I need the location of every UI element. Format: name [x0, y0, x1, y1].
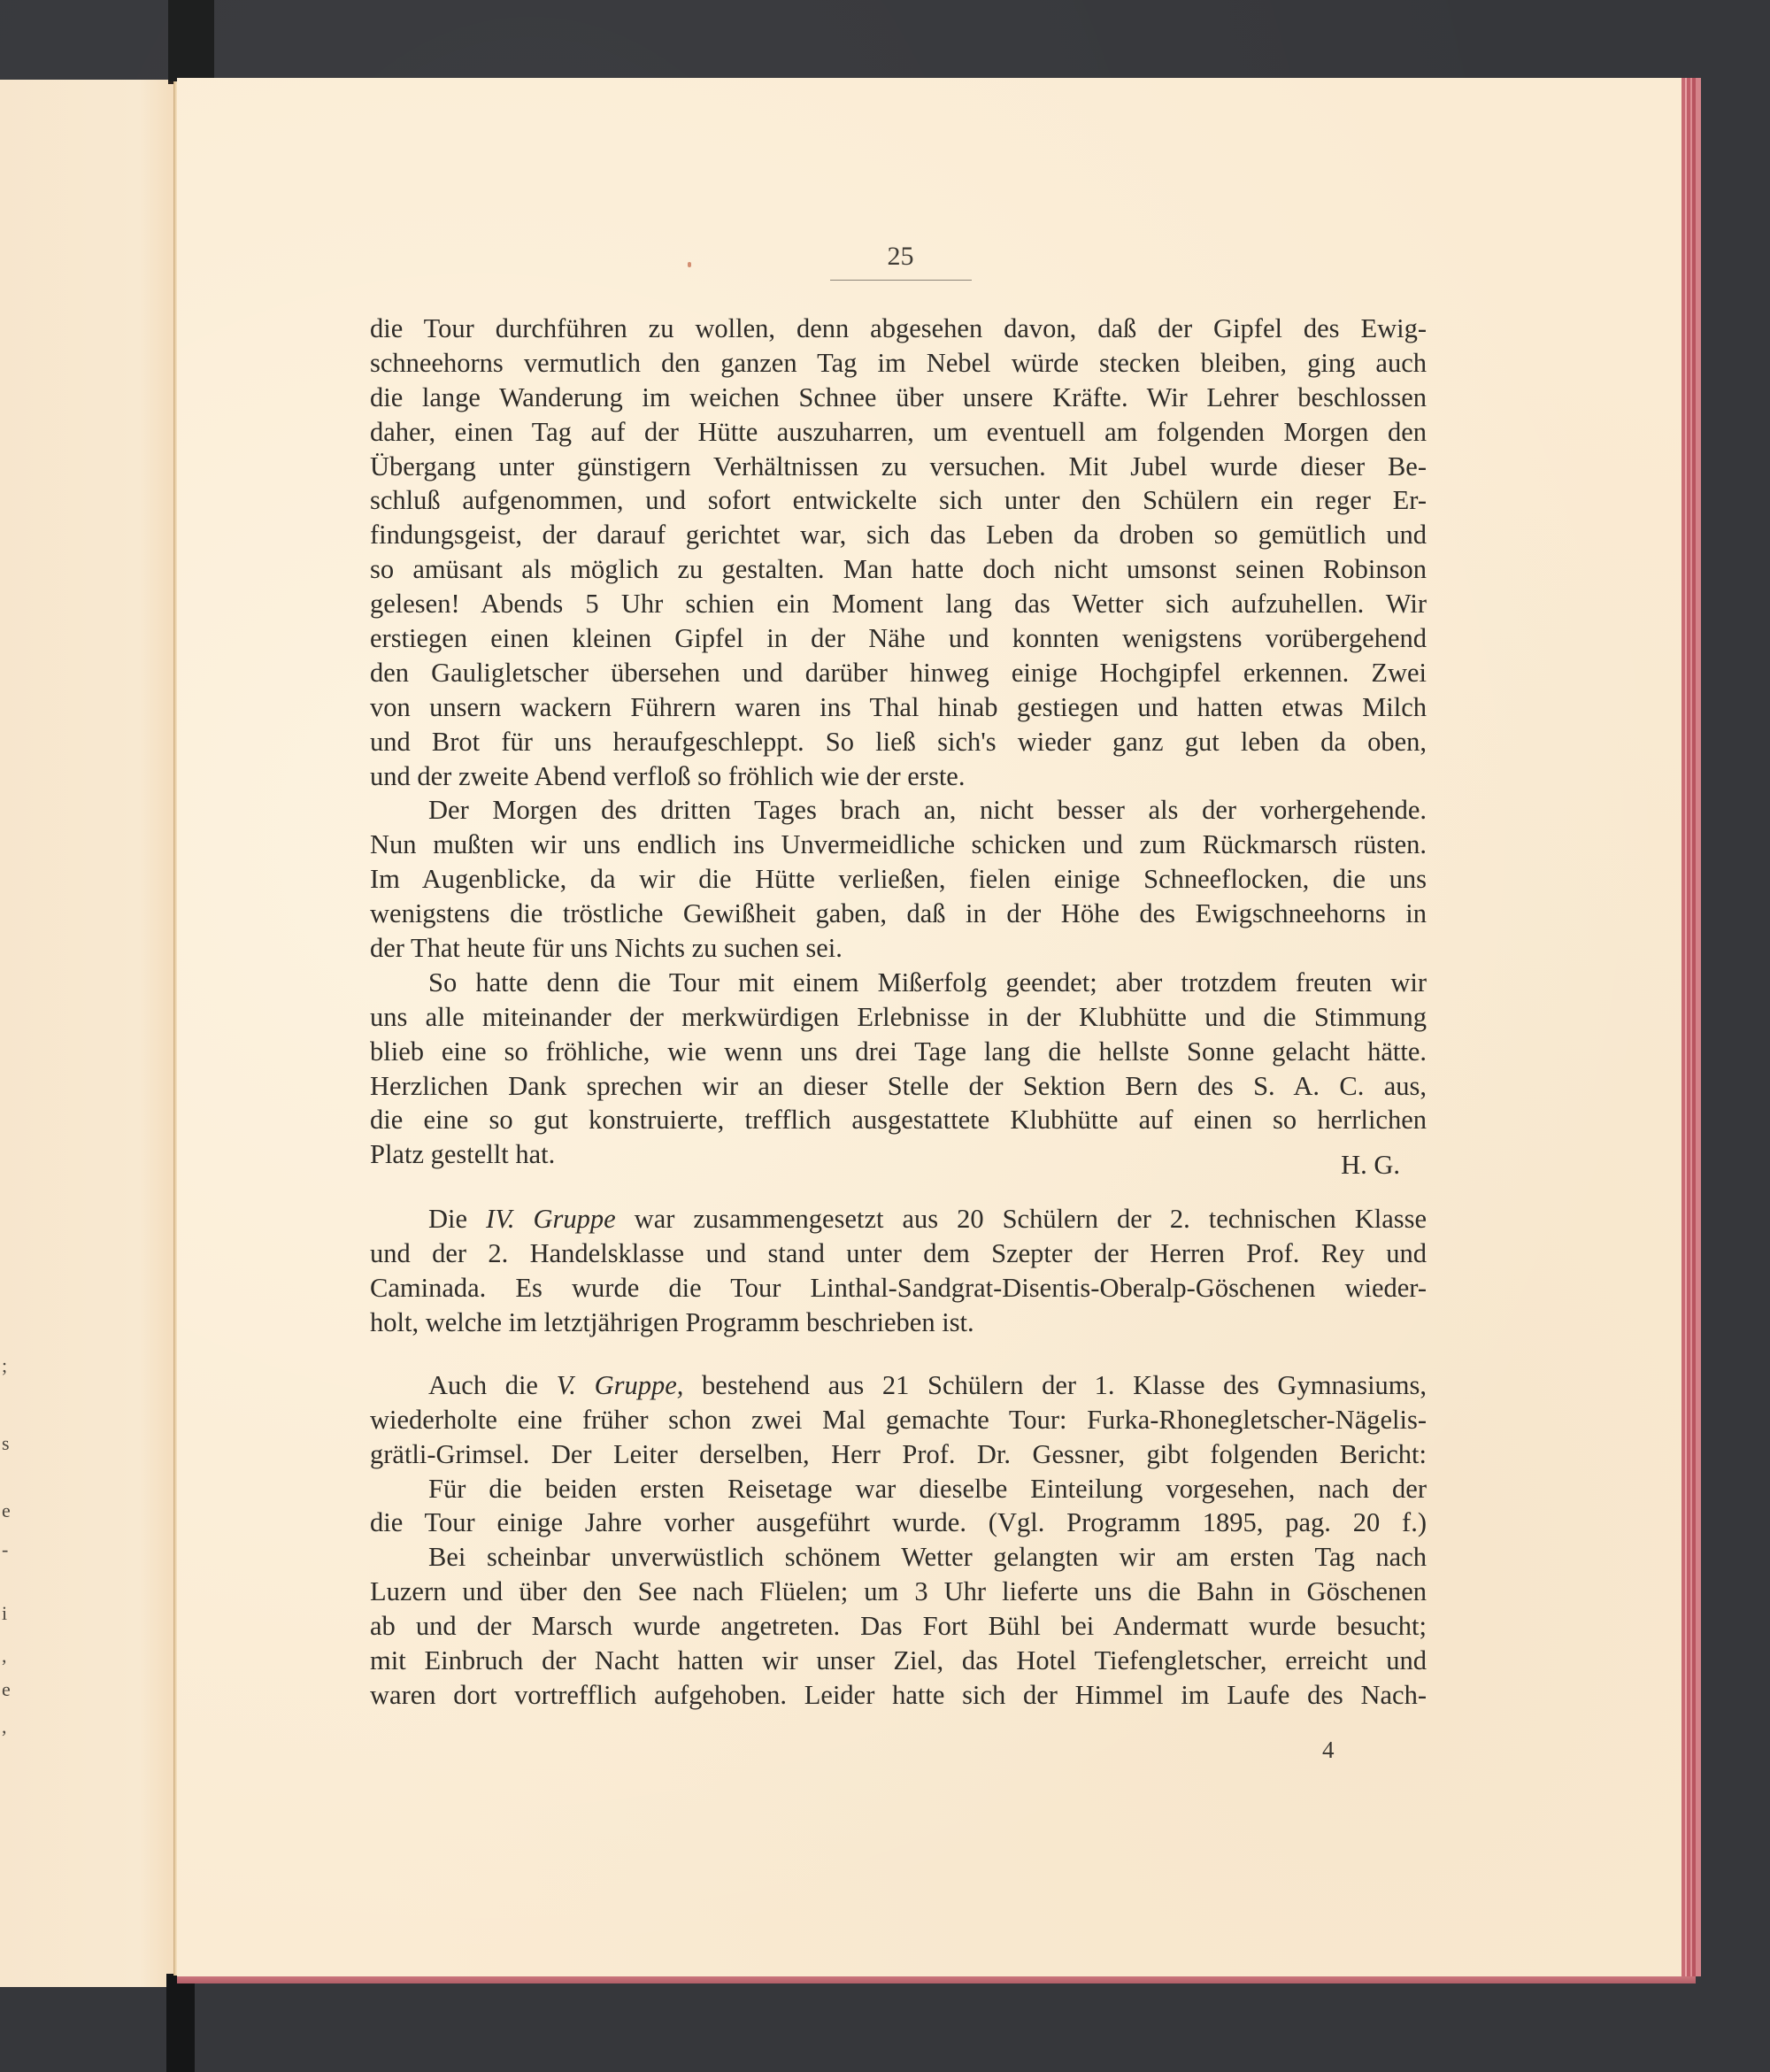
section-gap [370, 1340, 1427, 1368]
text-line: die eine so gut konstruierte, trefflich … [370, 1103, 1427, 1137]
paragraph-2: Der Morgen des dritten Tages brach an, n… [370, 793, 1427, 965]
page-edge-red [1681, 78, 1701, 1976]
text-line: Der Morgen des dritten Tages brach an, n… [370, 793, 1427, 828]
signature-line: Platz gestellt hat. H. G. [370, 1137, 1427, 1172]
text-line: grätli-Grimsel. Der Leiter derselben, He… [370, 1437, 1427, 1472]
text-line: Auch die V. Gruppe, bestehend aus 21 Sch… [370, 1368, 1427, 1403]
line-rest: bestehend aus 21 Schülern der 1. Klasse … [702, 1370, 1427, 1400]
text-line: gelesen! Abends 5 Uhr schien ein Moment … [370, 587, 1427, 621]
bleed-char: , [2, 1646, 12, 1666]
bookmark-ribbon-bottom [166, 1974, 195, 2072]
text-line: den Gauligletscher übersehen und darüber… [370, 656, 1427, 690]
text-line: uns alle miteinander der merkwürdigen Er… [370, 1000, 1427, 1035]
text-line: erstiegen einen kleinen Gipfel in der Nä… [370, 621, 1427, 656]
facing-left-page: ; s e - i , e , [0, 80, 175, 1987]
ink-speck [688, 262, 691, 267]
text-line: Bei scheinbar unverwüstlich schönem Wett… [370, 1540, 1427, 1575]
text-line: und der zweite Abend verfloß so fröhlich… [370, 759, 1427, 794]
bleed-char: i [2, 1604, 12, 1623]
lead-word: Auch die [428, 1370, 538, 1400]
text-line: mit Einbruch der Nacht hatten wir unser … [370, 1644, 1427, 1678]
group-word: Gruppe, [595, 1370, 684, 1400]
text-line: wiederholte eine früher schon zwei Mal g… [370, 1403, 1427, 1437]
bleed-char: e [2, 1680, 12, 1699]
paragraph-6: Für die beiden ersten Reisetage war dies… [370, 1472, 1427, 1541]
group-numeral: IV. [486, 1204, 514, 1234]
bleed-char: s [2, 1434, 12, 1453]
paragraph-1: die Tour durchführen zu wollen, denn abg… [370, 312, 1427, 793]
text-line: und der 2. Handelsklasse und stand unter… [370, 1236, 1427, 1271]
text-line: ab und der Marsch wurde angetreten. Das … [370, 1609, 1427, 1644]
text-line: Luzern und über den See nach Flüelen; um… [370, 1575, 1427, 1609]
group-numeral: V. [557, 1370, 576, 1400]
text-line: daher, einen Tag auf der Hütte auszuharr… [370, 415, 1427, 450]
text-line: blieb eine so fröhliche, wie wenn uns dr… [370, 1035, 1427, 1069]
text-line: wenigstens die tröstliche Gewißheit gabe… [370, 897, 1427, 931]
paragraph-7: Bei scheinbar unverwüstlich schönem Wett… [370, 1540, 1427, 1712]
text-line: Nun mußten wir uns endlich ins Unvermeid… [370, 828, 1427, 862]
text-line: Im Augenblicke, da wir die Hütte verließ… [370, 862, 1427, 897]
spine-gutter [173, 81, 177, 1976]
text-line: die Tour durchführen zu wollen, denn abg… [370, 312, 1427, 346]
lead-word: Die [428, 1204, 467, 1234]
paragraph-4: Die IV. Gruppe war zusammengesetzt aus 2… [370, 1202, 1427, 1340]
text-line: von unsern wackern Führern waren ins Tha… [370, 690, 1427, 725]
paragraph-3: So hatte denn die Tour mit einem Mißerfo… [370, 966, 1427, 1172]
header-rule [830, 280, 972, 281]
text-line: die lange Wanderung im weichen Schnee üb… [370, 381, 1427, 415]
text-line: der That heute für uns Nichts zu suchen … [370, 931, 1427, 966]
page-number: 25 [827, 239, 973, 274]
sheet-signature-number: 4 [1322, 1737, 1335, 1764]
page-edge-bottom [177, 1976, 1696, 1983]
bleed-char: , [2, 1717, 12, 1737]
author-initials: H. G. [1341, 1148, 1427, 1182]
text-line: Caminada. Es wurde die Tour Linthal-Sand… [370, 1271, 1427, 1306]
page-header: 25 [827, 239, 973, 281]
bleed-char: - [2, 1540, 12, 1560]
text-line: waren dort vortrefflich aufgehoben. Leid… [370, 1678, 1427, 1713]
text-line: schneehorns vermutlich den ganzen Tag im… [370, 346, 1427, 381]
text-line: so amüsant als möglich zu gestalten. Man… [370, 552, 1427, 587]
bleed-char: ; [2, 1356, 12, 1375]
text-line: Für die beiden ersten Reisetage war dies… [370, 1472, 1427, 1506]
text-line: und Brot für uns heraufgeschleppt. So li… [370, 725, 1427, 759]
text-line: die Tour einige Jahre vorher ausgeführt … [370, 1506, 1427, 1540]
text-line: Die IV. Gruppe war zusammengesetzt aus 2… [370, 1202, 1427, 1236]
paragraph-5: Auch die V. Gruppe, bestehend aus 21 Sch… [370, 1368, 1427, 1472]
text-line: holt, welche im letztjährigen Programm b… [370, 1306, 1427, 1340]
section-gap [370, 1172, 1427, 1202]
text-line: So hatte denn die Tour mit einem Mißerfo… [370, 966, 1427, 1000]
bookmark-ribbon-top [168, 0, 214, 84]
bleed-char: e [2, 1501, 12, 1521]
line-rest: war zusammengesetzt aus 20 Schülern der … [635, 1204, 1427, 1234]
text-line: Herzlichen Dank sprechen wir an dieser S… [370, 1069, 1427, 1104]
text-line: findungsgeist, der darauf gerichtet war,… [370, 518, 1427, 552]
text-line: schluß aufgenommen, und sofort entwickel… [370, 483, 1427, 518]
group-word: Gruppe [534, 1204, 616, 1234]
body-text: die Tour durchführen zu wollen, denn abg… [370, 312, 1427, 1713]
text-line: Übergang unter günstigern Verhältnissen … [370, 450, 1427, 484]
text-line: Platz gestellt hat. [370, 1137, 555, 1172]
